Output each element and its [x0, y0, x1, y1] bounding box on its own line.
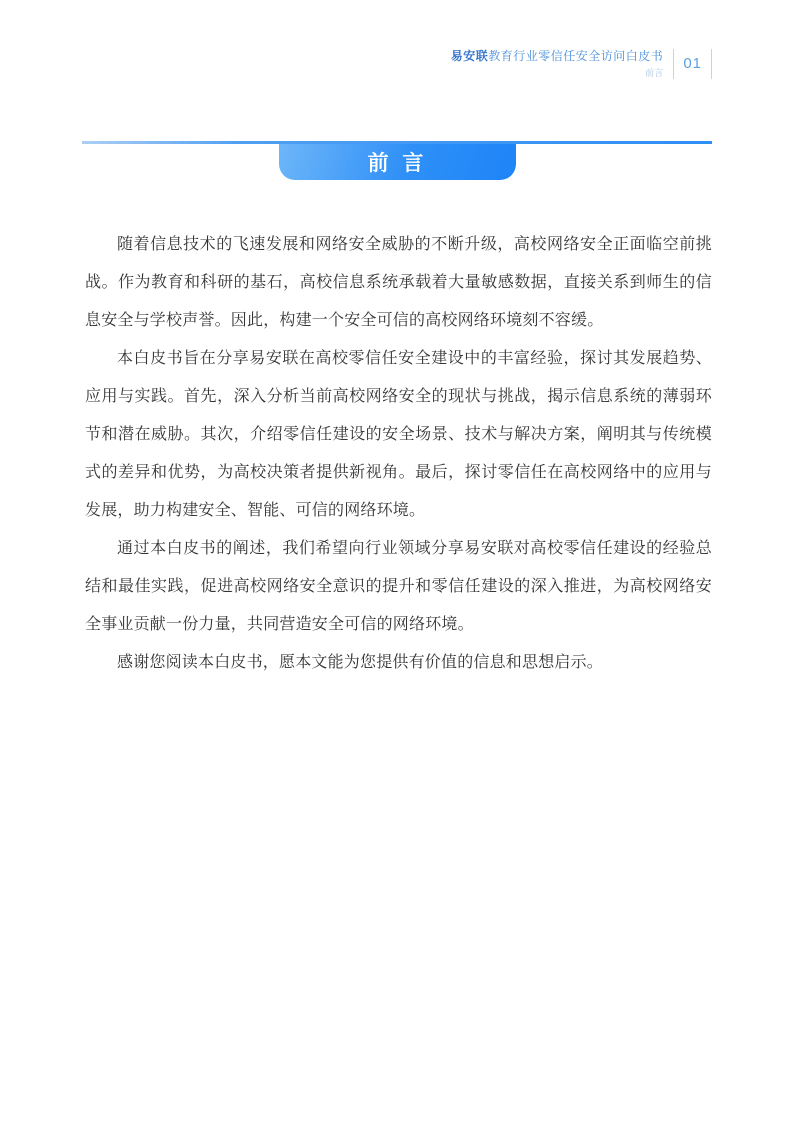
paragraph: 本白皮书旨在分享易安联在高校零信任安全建设中的丰富经验，探讨其发展趋势、应用与实…	[85, 340, 712, 530]
body-content: 随着信息技术的飞速发展和网络安全威胁的不断升级，高校网络安全正面临空前挑战。作为…	[85, 226, 712, 682]
paragraph: 感谢您阅读本白皮书，愿本文能为您提供有价值的信息和思想启示。	[85, 644, 712, 682]
header-text-block: 易安联教育行业零信任安全访问白皮书 前言	[451, 48, 664, 79]
document-page: { "document": { "header": { "brand": "易安…	[0, 0, 794, 1123]
header-section-label: 前言	[451, 67, 664, 79]
paragraph: 随着信息技术的飞速发展和网络安全威胁的不断升级，高校网络安全正面临空前挑战。作为…	[85, 226, 712, 340]
brand-name: 易安联	[451, 49, 489, 63]
header-divider-right	[711, 49, 712, 79]
document-title-rest: 教育行业零信任安全访问白皮书	[488, 49, 663, 63]
paragraph: 通过本白皮书的阐述，我们希望向行业领域分享易安联对高校零信任建设的经验总结和最佳…	[85, 530, 712, 644]
document-title: 易安联教育行业零信任安全访问白皮书	[451, 48, 664, 64]
section-title: 前 言	[368, 147, 428, 177]
section-banner: 前 言	[82, 141, 712, 183]
page-header: 易安联教育行业零信任安全访问白皮书 前言 01	[451, 48, 712, 79]
page-number: 01	[674, 55, 711, 72]
section-title-tab: 前 言	[279, 144, 516, 180]
